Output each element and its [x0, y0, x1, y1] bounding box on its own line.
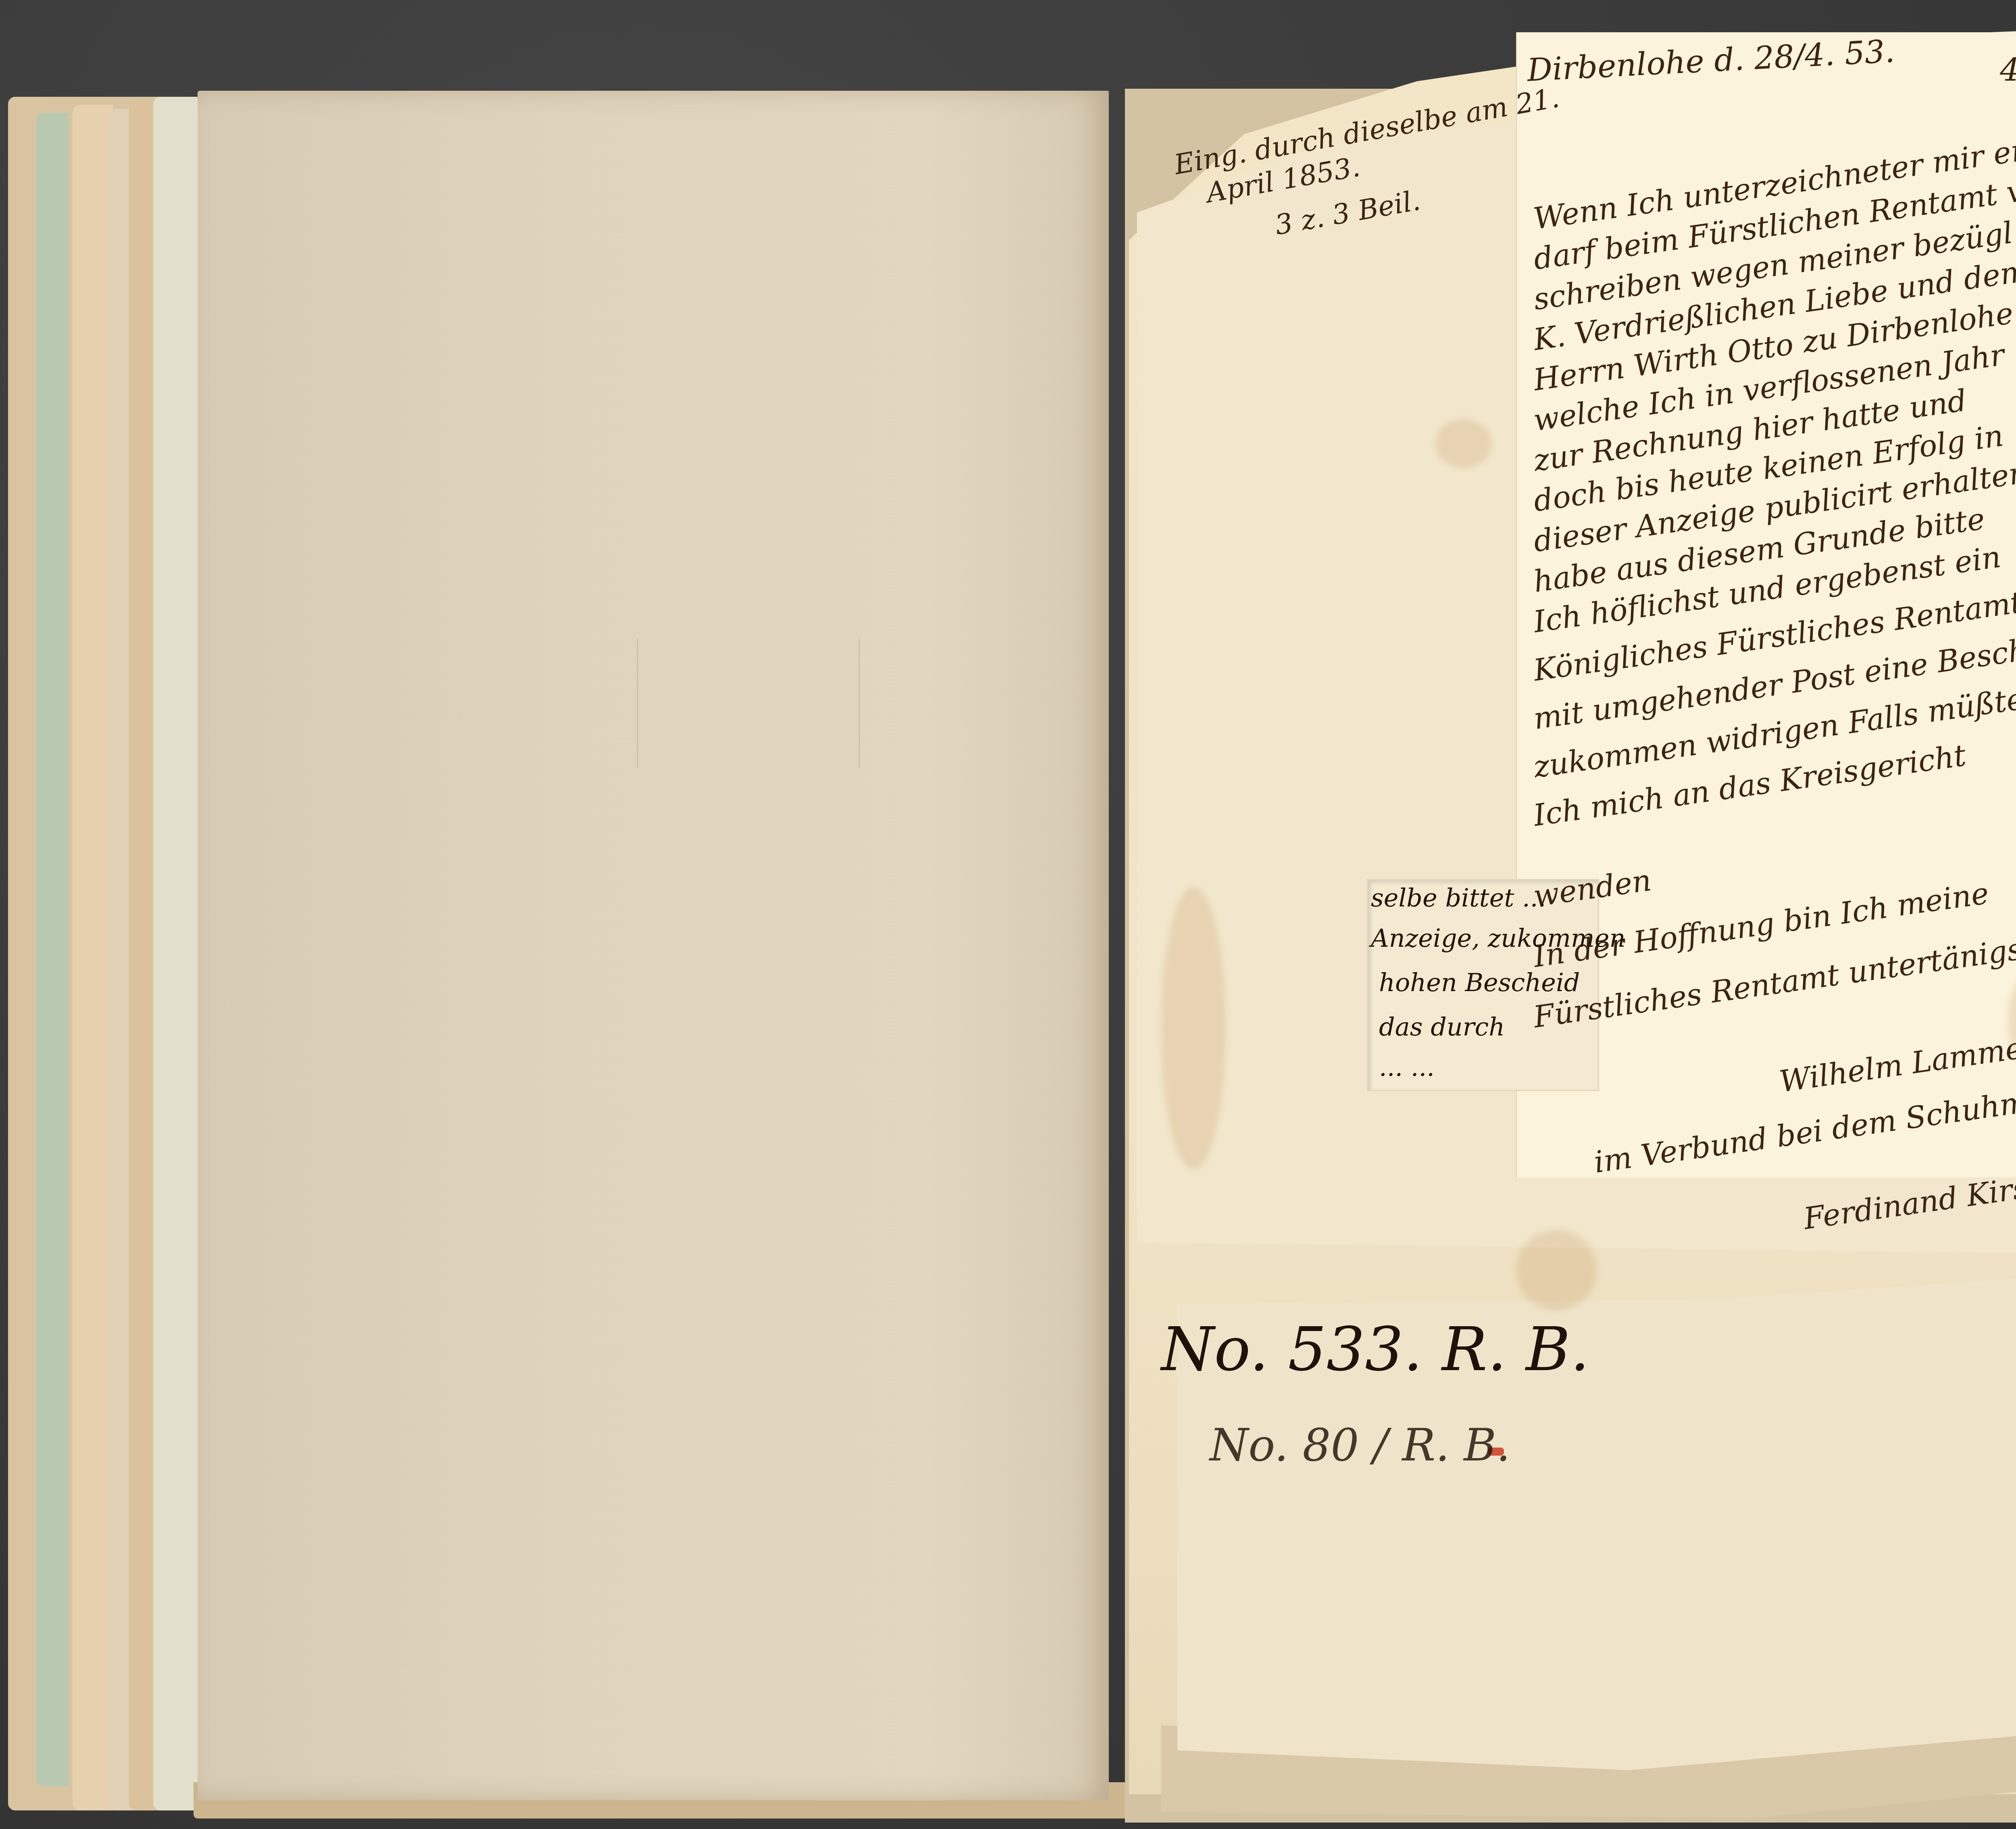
green-page-edge: [36, 113, 69, 1786]
page-edge-stack: [8, 97, 218, 1810]
cutout-fragment-line: das durch: [1379, 1012, 1505, 1042]
stain: [1161, 887, 1226, 1169]
folio-number: 41.: [2000, 52, 2016, 89]
cutout-fragment-line: Anzeige, zukommen: [1371, 923, 1625, 953]
cutout-fragment-line: selbe bittet ...: [1371, 883, 1546, 912]
paper-crease: [637, 639, 638, 768]
left-blank-page: [198, 91, 1109, 1800]
cutout-fragment-line: hohen Bescheid: [1379, 968, 1580, 997]
paper-crease: [859, 639, 860, 768]
docket-number: No. 533. R. B.: [1161, 1314, 1589, 1385]
stain: [1435, 419, 1492, 468]
lower-docket-number: No. 80 / R. B.: [1210, 1419, 1510, 1471]
page-edge: [73, 105, 113, 1810]
cutout-fragment-line: ... ...: [1379, 1052, 1435, 1082]
stain: [1516, 1230, 1597, 1310]
